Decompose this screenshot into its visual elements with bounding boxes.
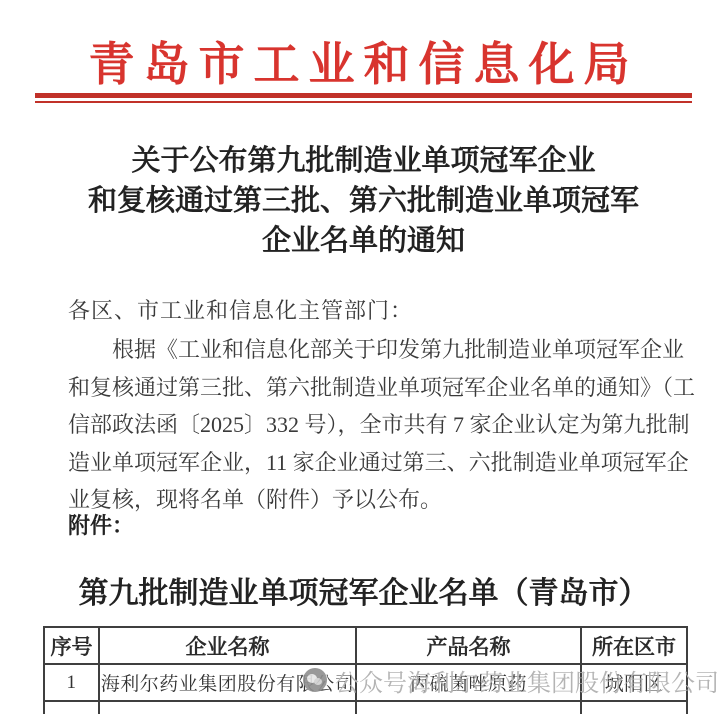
- cell-company: [99, 701, 356, 714]
- paragraph-line: 信部政法函〔2025〕332 号），全市共有 7 家企业认定为第九批制: [68, 406, 660, 444]
- column-header-no: 序号: [44, 627, 99, 664]
- paragraph-line: 根据《工业和信息化部关于印发第九批制造业单项冠军企业: [68, 331, 660, 369]
- cell-district: 城阳区: [581, 664, 687, 701]
- table-row: 1 海利尔药业集团股份有限公司 丙硫菌唑原药 城阳区: [44, 664, 687, 701]
- document-page: 青岛市工业和信息化局 关于公布第九批制造业单项冠军企业 和复核通过第三批、第六批…: [0, 0, 727, 714]
- cell-product: 丙硫菌唑原药: [356, 664, 581, 701]
- body-paragraph: 根据《工业和信息化部关于印发第九批制造业单项冠军企业 和复核通过第三批、第六批制…: [68, 331, 660, 519]
- column-header-district: 所在区市: [581, 627, 687, 664]
- cell-company: 海利尔药业集团股份有限公司: [99, 664, 356, 701]
- agency-letterhead-title: 青岛市工业和信息化局: [0, 28, 727, 94]
- table-row-partial: [44, 701, 687, 714]
- document-title-line: 企业名单的通知: [0, 221, 727, 261]
- table-header-row: 序号 企业名称 产品名称 所在区市: [44, 627, 687, 664]
- column-header-company: 企业名称: [99, 627, 356, 664]
- salutation: 各区、市工业和信息化主管部门：: [68, 294, 668, 325]
- attachment-label: 附件：: [68, 509, 134, 540]
- cell-district: [581, 701, 687, 714]
- cell-no: 1: [44, 664, 99, 701]
- paragraph-line: 造业单项冠军企业，11 家企业通过第三、六批制造业单项冠军企: [68, 444, 660, 482]
- attachment-table-title: 第九批制造业单项冠军企业名单（青岛市）: [0, 568, 727, 612]
- paragraph-line: 业复核，现将名单（附件）予以公布。: [68, 481, 660, 519]
- letterhead-rule-thick: [35, 93, 692, 98]
- cell-no: [44, 701, 99, 714]
- document-title: 关于公布第九批制造业单项冠军企业 和复核通过第三批、第六批制造业单项冠军 企业名…: [0, 141, 727, 261]
- champions-table: 序号 企业名称 产品名称 所在区市 1 海利尔药业集团股份有限公司 丙硫菌唑原药…: [43, 626, 688, 714]
- document-title-line: 和复核通过第三批、第六批制造业单项冠军: [0, 181, 727, 221]
- column-header-product: 产品名称: [356, 627, 581, 664]
- cell-product: [356, 701, 581, 714]
- letterhead-rule-thin: [35, 101, 692, 103]
- document-title-line: 关于公布第九批制造业单项冠军企业: [0, 141, 727, 181]
- paragraph-line: 和复核通过第三批、第六批制造业单项冠军企业名单的通知》（工: [68, 369, 660, 407]
